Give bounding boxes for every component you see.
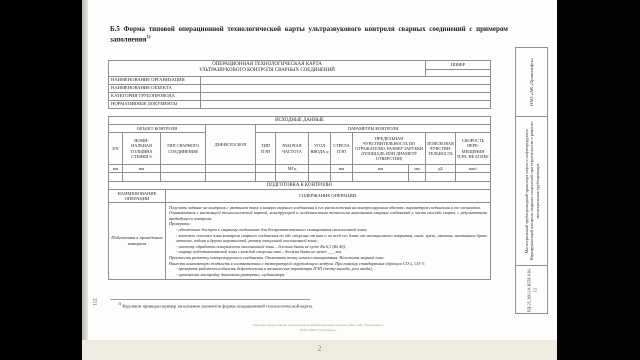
initial-data-title: ИСХОДНЫЕ ДАННЫЕ — [109, 117, 491, 125]
stamp-company: ОАО «АК «Транснефть» — [529, 49, 535, 115]
stamp-document-title-cell: Магистральный трубопроводный транспорт н… — [515, 117, 548, 266]
unit-cell: мм — [109, 165, 123, 173]
footnote-text: Курсивом приведен пример заполнения элем… — [121, 304, 313, 309]
col-nominal-wall-thickness: НОМИ-НАЛЬНАЯ ТОЛЩИНА СТЕНКИ S — [123, 133, 161, 165]
section-title-text: Б.5 Форма типовой операционной технологи… — [110, 25, 508, 44]
viewer-bottom-strip: 2 — [82, 340, 557, 360]
document-page: Б.5 Форма типовой операционной технологи… — [88, 0, 557, 340]
row-value-organization — [201, 76, 491, 84]
unit-cell: мм — [409, 165, 426, 173]
stamp-document-code-cell: РД-25.160.10-КТН-016-15 — [515, 266, 548, 314]
footnote-marker-ref: 1) — [147, 34, 151, 39]
row-label-pipeline-category: КАТЕГОРИЯ ТРУБОПРОВОДА — [109, 92, 201, 100]
cipher-label-cell: ШИФР — [426, 61, 491, 70]
card-title-line2: УЛЬТРАЗВУКОВОГО КОНТРОЛЯ СВАРНЫХ СОЕДИНЕ… — [110, 68, 424, 75]
right-black-bar — [557, 0, 640, 360]
col-search-sensitivity: ПОИСКОВАЯ ЧУВСТВИ-ТЕЛЬНОСТЬ — [426, 133, 456, 165]
unit-cell: мм — [331, 165, 353, 173]
col-weld-joint-type: ТИП СВАРНОГО СОЕДИНЕНИЯ — [161, 133, 206, 165]
document-footer: Документ предоставлен пользователем инфо… — [148, 323, 488, 333]
unit-cell: мм — [353, 165, 409, 173]
row-value-pipeline-category — [201, 92, 491, 100]
row-value-object — [201, 84, 491, 92]
header-table: ОПЕРАЦИОННАЯ ТЕХНОЛОГИЧЕСКАЯ КАРТА УЛЬТР… — [108, 60, 491, 109]
group-control-parameters: ПАРАМЕТРЫ КОНТРОЛЯ — [256, 125, 491, 133]
unit-cell: мм — [123, 165, 161, 173]
slide-page-number: 2 — [82, 344, 557, 353]
sidebar-stamp: ОАО «АК «Транснефть» Магистральный трубо… — [515, 47, 548, 314]
footnote-rule — [110, 299, 310, 300]
row-value-normative-documents — [201, 100, 491, 108]
unit-cell — [206, 165, 256, 173]
content-paragraph: Ознакомиться с настоящей технологической… — [169, 210, 487, 221]
card-title-cell: ОПЕРАЦИОННАЯ ТЕХНОЛОГИЧЕСКАЯ КАРТА УЛЬТР… — [109, 61, 426, 77]
operation-content-header: СОДЕРЖАНИЕ ОПЕРАЦИИ: — [166, 190, 491, 203]
stamp-document-title: Магистральный трубопроводный транспорт н… — [523, 119, 539, 263]
document-side-page-number: 112 — [90, 293, 102, 311]
content-paragraph: - произвести настройку диапазона разверт… — [169, 272, 487, 278]
preparation-table: ПОДГОТОВКА К КОНТРОЛЮ НАИМЕНОВАНИЕ ОПЕРА… — [108, 181, 491, 280]
unit-cell — [309, 165, 331, 173]
unit-cell — [256, 165, 276, 173]
footnote: 1) Курсивом приведен пример заполнения э… — [118, 302, 498, 309]
footer-line2: ООО «НИИ Транснефть» — [148, 328, 488, 333]
operation-name-header: НАИМЕНОВАНИЕ ОПЕРАЦИИ — [109, 190, 166, 203]
group-object-of-control: ОБЪЕКТ КОНТРОЛЯ — [109, 125, 206, 133]
viewer-stage: 2 Б.5 Форма типовой операционной техноло… — [0, 0, 640, 360]
content-paragraph: - качество очистки зоны контроля сварног… — [169, 233, 487, 244]
row-label-organization: НАИМЕНОВАНИЕ ОРГАНИЗАЦИИ — [109, 76, 201, 84]
initial-data-table: ИСХОДНЫЕ ДАННЫЕ ОБЪЕКТ КОНТРОЛЯ ДЕФЕКТОС… — [108, 116, 491, 182]
col-dn: DN — [109, 133, 123, 165]
col-working-frequency: РАБОЧАЯ ЧАСТОТА — [276, 133, 309, 165]
unit-cell: дБ — [426, 165, 456, 173]
left-black-bar — [0, 0, 82, 360]
col-limit-sensitivity: ПРЕДЕЛЬНАЯ ЧУВСТВИТЕЛЬНОСТЬ ПО ОТРАЖАТЕЛ… — [353, 133, 426, 165]
operation-name-cell: Подготовка к проведению контроля — [109, 203, 166, 280]
unit-cell — [161, 165, 206, 173]
operation-content-cell: Получить задание на контроль с указанием… — [166, 203, 491, 280]
section-title: Б.5 Форма типовой операционной технологи… — [110, 25, 508, 45]
col-probe-speed: СКОРОСТЬ ПЕРЕ-МЕЩЕНИЯ ПЭП, НЕ БОЛЕЕ — [456, 133, 491, 165]
unit-cell: МГц — [276, 165, 309, 173]
preparation-title: ПОДГОТОВКА К КОНТРОЛЮ — [109, 182, 491, 190]
stamp-company-cell: ОАО «АК «Транснефть» — [515, 47, 548, 117]
col-probe-arrow: СТРЕЛА ПЭП — [331, 133, 353, 165]
stamp-document-code: РД-25.160.10-КТН-016-15 — [526, 268, 537, 312]
group-flaw-detector: ДЕФЕКТОСКОП — [206, 125, 256, 165]
col-probe-type: ТИП ПЭП — [256, 133, 276, 165]
row-label-object: НАИМЕНОВАНИЕ ОБЪЕКТА — [109, 84, 201, 92]
unit-cell: мм/с — [456, 165, 491, 173]
row-label-normative-documents: НОРМАТИВНЫЕ ДОКУМЕНТЫ — [109, 100, 201, 108]
col-input-angle: УГОЛ ВВОДА α — [309, 133, 331, 165]
